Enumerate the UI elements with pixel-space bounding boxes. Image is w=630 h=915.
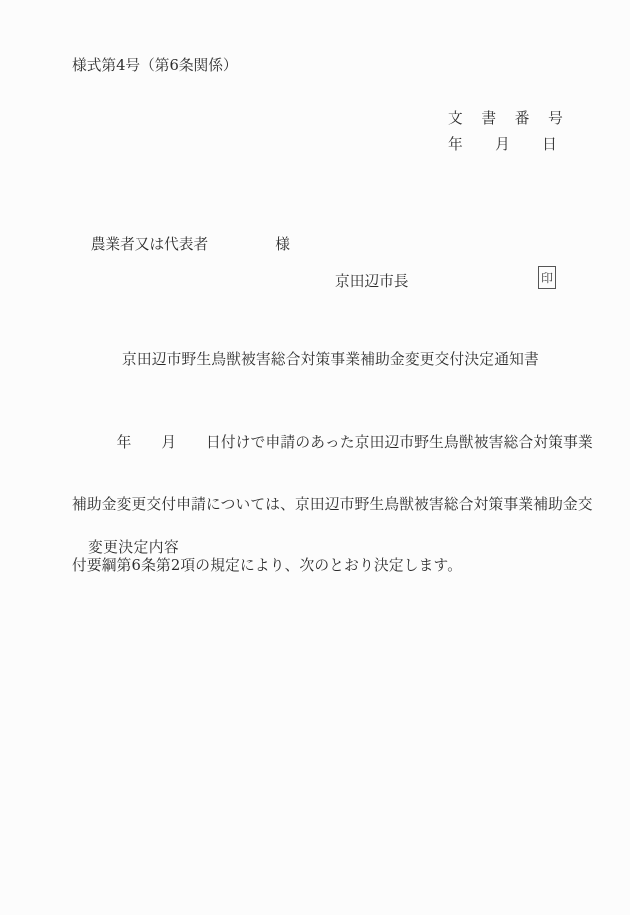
- section-heading: 変更決定内容: [88, 536, 179, 557]
- document-number-placeholder: 文 書 番 号: [448, 107, 565, 128]
- form-number: 様式第4号（第6条関係）: [72, 54, 238, 75]
- notice-document-page: 様式第4号（第6条関係） 文 書 番 号 年 月 日 農業者又は代表者様 京田辺…: [0, 0, 630, 915]
- document-title: 京田辺市野生鳥獣被害総合対策事業補助金変更交付決定通知書: [122, 348, 539, 369]
- seal-box: 印: [538, 266, 556, 289]
- addressee-line: 農業者又は代表者様: [72, 216, 290, 271]
- issuer-title: 京田辺市長: [335, 270, 408, 291]
- seal-label: 印: [541, 269, 553, 286]
- addressee-honorific: 様: [275, 236, 290, 253]
- addressee-label: 農業者又は代表者: [91, 236, 209, 253]
- body-paragraph: 年 月 日付けで申請のあった京田辺市野生鳥獣被害総合対策事業 補助金変更交付申請…: [72, 395, 572, 614]
- body-line: 補助金変更交付申請については、京田辺市野生鳥獣被害総合対策事業補助金交: [72, 491, 572, 519]
- date-placeholder: 年 月 日: [448, 133, 558, 154]
- body-line: 年 月 日付けで申請のあった京田辺市野生鳥獣被害総合対策事業: [72, 429, 572, 457]
